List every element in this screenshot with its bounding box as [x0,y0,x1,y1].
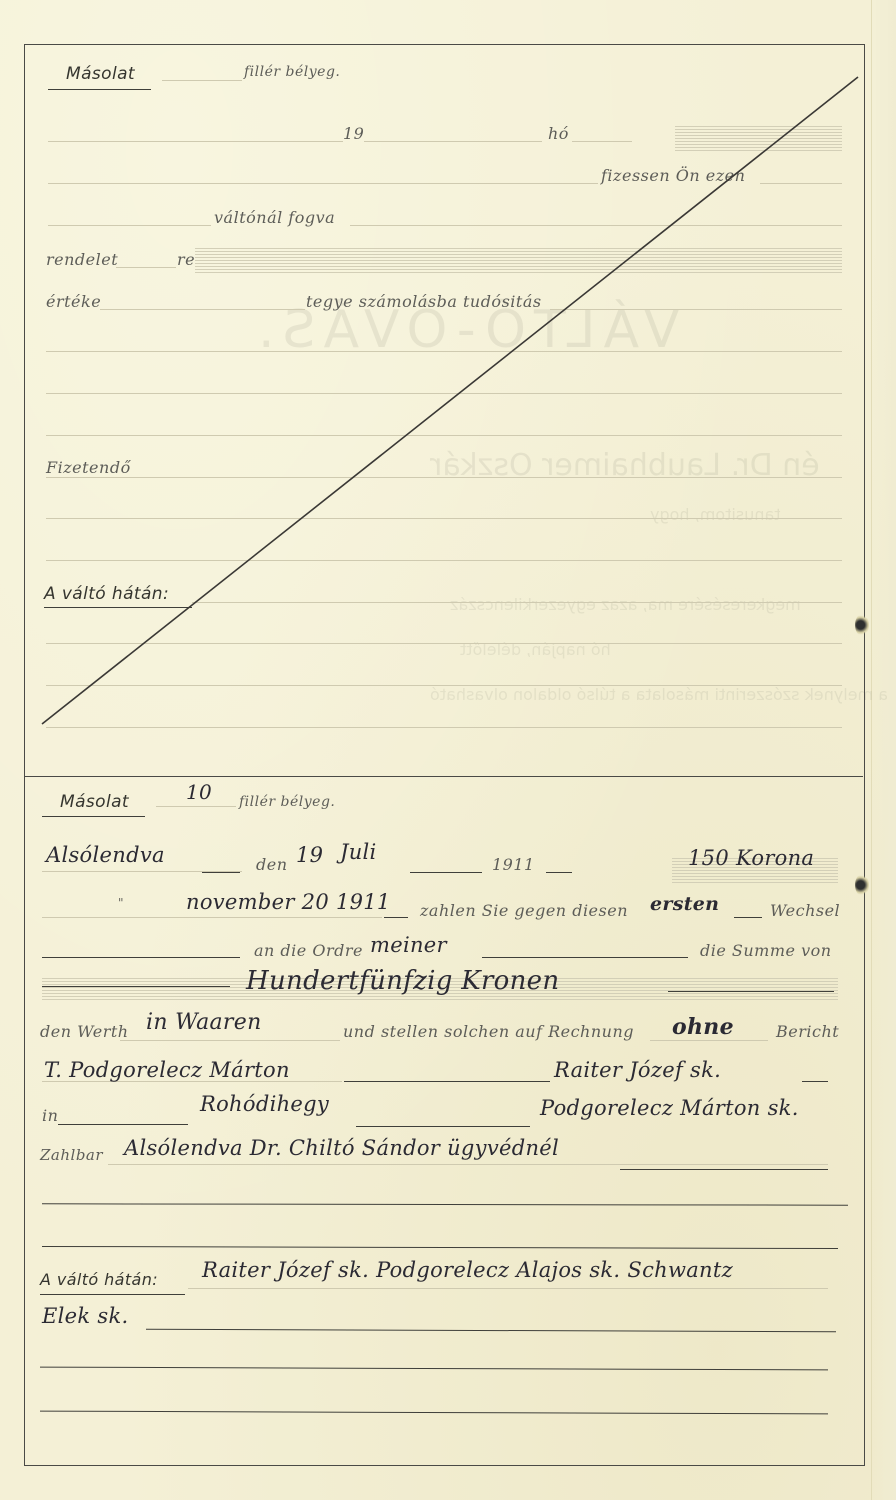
lower-stamp-line [156,806,236,807]
drawee-place-value: Rohódihegy [200,1092,329,1116]
page-edge [871,0,896,1500]
month-value: Juli [340,840,377,864]
drawee-value: T. Podgorelecz Márton [44,1058,290,1082]
drawer-dash [802,1081,828,1082]
lower-heading-underline [42,816,145,817]
in-line [58,1124,188,1125]
report-value: ohne [672,1014,734,1040]
upper-line-14 [46,727,842,728]
due-date-value: november 20 1911 [186,890,391,914]
value-label: den Werth [40,1022,129,1041]
endorsements-line-1: Raiter Józef sk. Podgorelecz Alajos sk. … [202,1258,733,1282]
pay-phrase: zahlen Sie gegen diesen [420,901,628,920]
bill-word: Wechsel [770,901,840,920]
payable-dash [620,1169,828,1170]
sum-right-line [668,991,834,992]
endorsements-line-2: Elek sk. [42,1304,128,1328]
in-label: in [42,1106,58,1125]
account-phrase: und stellen solchen auf Rechnung [343,1022,634,1041]
payable-line [108,1164,828,1165]
payable-label: Zahlbar [40,1146,103,1164]
order-blank [42,957,240,958]
cross-out-line [42,76,860,726]
order-line [482,957,688,958]
punch-hole-1 [855,614,869,636]
year-value: 1911 [492,855,535,874]
report-label: Bericht [776,1022,839,1041]
lower-heading: Másolat [60,792,129,812]
sum-phrase: die Summe von [700,941,832,960]
drawee-dash [344,1081,550,1082]
place-dash-2 [356,1126,530,1127]
due-line [42,917,382,918]
day-value: 19 [296,843,323,867]
back-underline [40,1294,185,1295]
value-received-value: in Waaren [146,1010,262,1035]
sum-left-line [42,986,230,987]
value-line [120,1040,340,1041]
payable-at-value: Alsólendva Dr. Chiltó Sándor ügyvédnél [124,1136,559,1160]
sum-words-value: Hundertfünfzig Kronen [246,966,559,996]
lower-stamp-label: fillér bélyeg. [239,794,335,810]
drawer-signature: Raiter Józef sk. [554,1058,721,1082]
bill-ordinal-value: ersten [650,893,719,915]
place-dash [202,872,240,873]
order-phrase: an die Ordre [254,941,363,960]
due-dash [384,917,408,918]
ordinal-dash [734,917,762,918]
den-label: den [256,855,288,874]
report-line [650,1040,768,1041]
punch-hole-2 [855,874,869,896]
endorse-line-1 [188,1288,828,1289]
amount-value: 150 Korona [688,846,814,870]
order-to-value: meiner [370,933,447,957]
stamp-value: 10 [186,780,212,804]
ditto-mark: " [118,896,124,910]
place-value: Alsólendva [46,843,165,867]
year-dash [546,872,572,873]
back-label: A váltó hátán: [40,1270,158,1289]
month-dash [410,872,482,873]
acceptor-signature: Podgorelecz Márton sk. [540,1096,799,1120]
section-divider [24,776,863,777]
